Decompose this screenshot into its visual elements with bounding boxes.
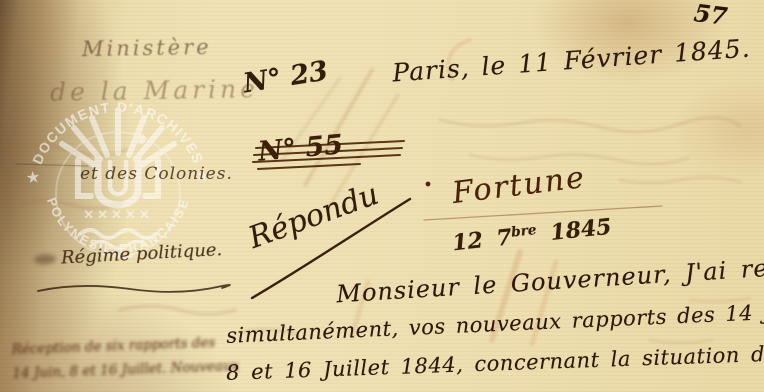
folio-number: 57 xyxy=(692,0,729,31)
margin-divider-squiggle xyxy=(38,285,230,292)
ink-smudge xyxy=(34,254,56,265)
response-date-month-sup: bre xyxy=(510,222,537,241)
margin-note: Réception de six rapports des 14 Juin, 8… xyxy=(11,330,239,386)
letterhead-rule xyxy=(16,164,88,166)
fortune-bullet-dot xyxy=(426,182,431,187)
document-scan-page: ★ DOCUMENT D'ARCHIVES ★ POLYNESIE FRANÇA… xyxy=(0,0,764,392)
